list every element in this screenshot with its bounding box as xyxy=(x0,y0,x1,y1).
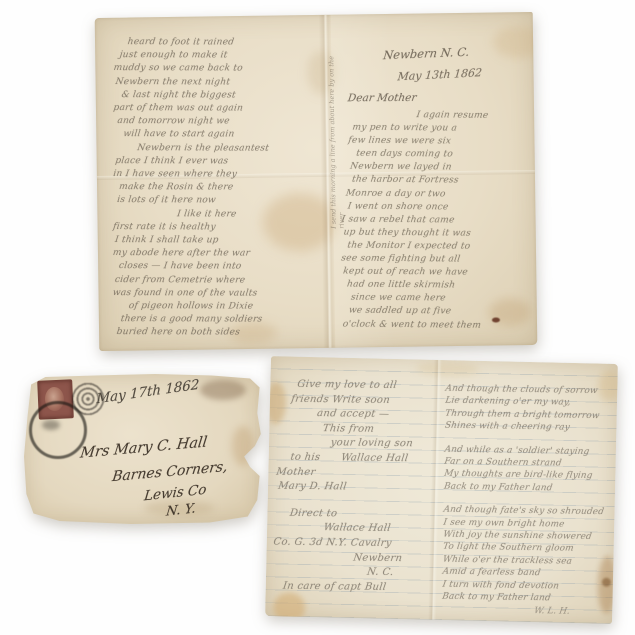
handwriting-line: Lie darkening o'er my way, xyxy=(444,395,614,410)
handwriting-line: the harbor at Fortress xyxy=(351,174,533,189)
handwriting-line: closes — I have been into xyxy=(118,261,320,275)
handwriting-line: I went on shore once xyxy=(347,200,533,215)
letter-salutation: Dear Mother xyxy=(347,92,417,104)
letter-page-right: Newbern N. C. May 13th 1862 Dear Mother … xyxy=(331,12,538,348)
handwriting-line: first rate it is healthy xyxy=(112,221,320,235)
paper-stain xyxy=(265,382,286,424)
handwriting-line: Newbern the next night xyxy=(115,76,321,90)
handwriting-line: Back to my Father land xyxy=(441,591,611,606)
letter-place-line: Newbern N. C. xyxy=(383,45,470,63)
handwriting-line: With joy the sunshine showered xyxy=(442,529,612,544)
handwriting-line: see some fighting but all xyxy=(340,253,532,268)
handwriting-line: cider from Cemetrie where xyxy=(114,274,320,288)
handwriting-block-right-page: I again resumemy pen to write you afew l… xyxy=(341,108,533,332)
photo-of-documents: heard to foot it rainedjust enough to ma… xyxy=(0,0,635,635)
paper-stain xyxy=(200,380,246,400)
handwriting-line: make the Rosin & there xyxy=(118,181,320,195)
handwriting-line: just enough to make it xyxy=(119,49,321,63)
handwriting-line: of pigeon hollows in Dixie xyxy=(128,300,320,314)
poem-stanza-1: And though the clouds of sorrowLie darke… xyxy=(445,383,614,435)
handwriting-line: is lots of it here now xyxy=(116,194,320,208)
handwriting-line: few lines we were six xyxy=(347,135,533,150)
handwriting-line: I see my own bright home xyxy=(443,516,613,531)
handwriting-line: we saddled up at five xyxy=(348,305,532,320)
handwriting-line: Newbern is the pleasantest xyxy=(136,142,320,156)
envelope-shadow: May 17th 1862 Mrs Mary C. Hall Barnes Co… xyxy=(24,374,262,524)
bottom-letter-shadow: Give my love to allfriends Write soonand… xyxy=(268,360,615,620)
handwriting-line: Through them a bright tomorrow xyxy=(444,407,614,422)
top-letter-shadow: heard to foot it rainedjust enough to ma… xyxy=(97,15,535,348)
handwriting-block-left-page: heard to foot it rainedjust enough to ma… xyxy=(113,36,320,340)
envelope-handwritten-date: May 17th 1862 xyxy=(96,377,199,408)
handwriting-line: the Monitor I expected to xyxy=(346,239,532,254)
handwriting-line: in I have seen where they xyxy=(112,168,320,182)
handwriting-line: Amid a fearless band xyxy=(442,566,612,581)
handwriting-line: place I think I ever was xyxy=(114,155,320,169)
paper-stain xyxy=(416,361,480,376)
handwriting-line: Newbern we layed in xyxy=(349,161,533,176)
poem-stanza-3: And though fate's sky so shroudedI see m… xyxy=(442,504,612,606)
address-line-recipient: Mrs Mary C. Hall xyxy=(79,434,208,461)
handwriting-line: Far on a Southern strand xyxy=(444,456,614,471)
top-letter-bifolium: heard to foot it rainedjust enough to ma… xyxy=(95,12,538,351)
handwriting-line: Shines with a cheering ray xyxy=(444,420,614,435)
handwriting-line: Monroe a day or two xyxy=(345,187,533,202)
handwriting-line: Back to my Father land xyxy=(443,480,613,495)
handwriting-line: muddy so we came back to xyxy=(113,62,321,76)
handwriting-line: and tomorrow night we xyxy=(116,115,320,129)
paper-stain xyxy=(144,500,214,516)
handwriting-line: up but they thought it was xyxy=(343,226,533,241)
handwriting-line: my pen to write you a xyxy=(352,122,534,137)
circular-postmark xyxy=(29,401,87,459)
handwriting-line: had one little skirmish xyxy=(346,279,532,294)
handwriting-line: o'clock & went to meet them xyxy=(342,318,532,333)
handwriting-line: And though the clouds of sorrow xyxy=(445,383,615,398)
handwriting-line: I think I shall take up xyxy=(114,234,320,248)
handwriting-line: To light the Southern gloom xyxy=(442,541,612,556)
handwriting-line: there is a good many soldiers xyxy=(120,313,320,327)
poem-column: And though the clouds of sorrowLie darke… xyxy=(442,383,614,617)
handwriting-line: While o'er the trackless sea xyxy=(442,554,612,569)
handwriting-line: And though fate's sky so shrouded xyxy=(443,504,613,519)
handwriting-line: heard to foot it rained xyxy=(127,36,321,50)
letter-page-left: heard to foot it rainedjust enough to ma… xyxy=(95,15,324,351)
poem-signature: W. L. H. xyxy=(533,606,611,617)
envelope: May 17th 1862 Mrs Mary C. Hall Barnes Co… xyxy=(24,374,262,524)
handwriting-line: part of them was out again xyxy=(113,102,321,116)
handwriting-line: will have to start again xyxy=(122,128,320,142)
handwriting-line: I like it here xyxy=(176,208,320,222)
handwriting-line: kept out of reach we have xyxy=(342,266,532,281)
letter-date-line: May 13th 1862 xyxy=(397,66,483,83)
handwriting-line: was found in one of the vaults xyxy=(112,287,320,301)
poem-stanza-2: And while as a 'soldier' stayingFar on a… xyxy=(444,443,613,495)
handwriting-line: & last night the biggest xyxy=(121,89,321,103)
bottom-letter-page: Give my love to allfriends Write soonand… xyxy=(265,356,618,624)
handwriting-line: since we came here xyxy=(350,292,532,307)
handwriting-line: I saw a rebel that came xyxy=(341,213,533,228)
handwriting-line: I again resume xyxy=(416,109,534,123)
handwriting-line: buried here on both sides xyxy=(116,327,320,341)
paper-stain xyxy=(273,592,306,623)
address-line-street: Barnes Corners, xyxy=(111,459,228,485)
paper-stain xyxy=(232,426,254,466)
postmark-smudge xyxy=(42,420,60,430)
handwriting-line: teen days coming to xyxy=(355,148,533,163)
handwriting-line: my abode here after the war xyxy=(112,247,320,261)
handwriting-line: And while as a 'soldier' staying xyxy=(444,443,614,458)
handwriting-line: I turn with fond devotion xyxy=(442,578,612,593)
handwriting-line: My thoughts are bird-like flying xyxy=(443,468,613,483)
